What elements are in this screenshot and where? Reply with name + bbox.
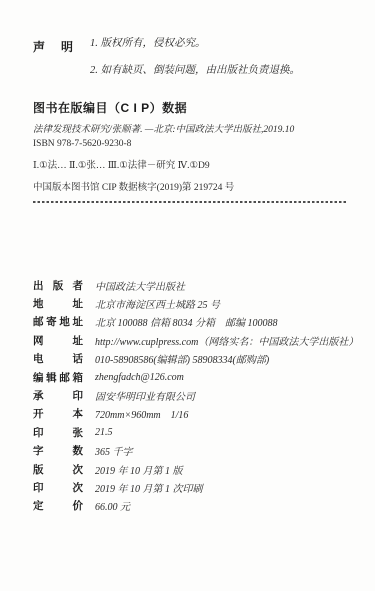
publication-info-value: 66.00 元 xyxy=(95,498,130,513)
publication-info-table: 出版者 中国政法大学出版社 地址 北京市海淀区西土城路 25 号 邮寄地址 北京… xyxy=(33,276,347,515)
publication-info-row: 电话 010-58908586(编辑部) 58908334(邮购部) xyxy=(33,350,347,368)
publication-info-label: 电话 xyxy=(33,351,83,366)
publication-info-value: 2019 年 10 月第 1 次印刷 xyxy=(95,480,203,495)
cip-body: 法律发现技术研究/张顺著. —北京:中国政法大学出版社,2019.10 ISBN… xyxy=(33,124,347,151)
dashed-divider xyxy=(33,201,347,203)
publication-info-value: 固安华明印业有限公司 xyxy=(95,388,195,403)
publication-info-row: 印次 2019 年 10 月第 1 次印刷 xyxy=(33,478,347,496)
publication-info-label: 字数 xyxy=(33,443,83,458)
publication-info-row: 版次 2019 年 10 月第 1 版 xyxy=(33,460,347,478)
publication-info-value: 2019 年 10 月第 1 版 xyxy=(95,462,183,477)
cip-classification-line: Ⅰ.①法… Ⅱ.①张… Ⅲ.①法律－研究 Ⅳ.①D9 xyxy=(33,157,347,171)
publication-info-value: 北京市海淀区西土城路 25 号 xyxy=(95,296,220,311)
publication-info-value: 21.5 xyxy=(95,427,113,438)
declaration-item: 1. 版权所有，侵权必究。 xyxy=(90,36,300,52)
publication-info-value: 010-58908586(编辑部) 58908334(邮购部) xyxy=(95,351,269,366)
publication-info-row: 定价 66.00 元 xyxy=(33,497,347,515)
publication-info-value: zhengfadch@126.com xyxy=(95,372,184,383)
publication-info-value: 中国政法大学出版社 xyxy=(95,278,185,293)
publication-info-row: 网址 http://www.cuplpress.com（网络实名：中国政法大学出… xyxy=(33,331,347,349)
publication-info-value: 365 千字 xyxy=(95,443,133,458)
declaration-list: 1. 版权所有，侵权必究。2. 如有缺页、倒装问题，由出版社负责退换。 xyxy=(90,36,300,90)
publication-info-label: 承印 xyxy=(33,388,83,403)
publication-info-value: 北京 100088 信箱 8034 分箱 邮编 100088 xyxy=(95,314,278,329)
publication-info-label: 出版者 xyxy=(33,278,83,293)
cip-title-line: 法律发现技术研究/张顺著. —北京:中国政法大学出版社,2019.10 xyxy=(33,124,347,138)
publication-info-row: 印张 21.5 xyxy=(33,423,347,441)
cip-isbn-line: ISBN 978-7-5620-9230-8 xyxy=(33,138,347,152)
publication-info-label: 地址 xyxy=(33,296,83,311)
declaration-item: 2. 如有缺页、倒装问题，由出版社负责退换。 xyxy=(90,63,300,79)
cip-record-number-line: 中国版本图书馆 CIP 数据核字(2019)第 219724 号 xyxy=(33,179,347,193)
publication-info-value: http://www.cuplpress.com（网络实名：中国政法大学出版社） xyxy=(95,333,358,348)
copyright-page: 声明 1. 版权所有，侵权必究。2. 如有缺页、倒装问题，由出版社负责退换。 图… xyxy=(0,0,375,591)
publication-info-row: 承印 固安华明印业有限公司 xyxy=(33,386,347,404)
publication-info-row: 出版者 中国政法大学出版社 xyxy=(33,276,347,294)
publication-info-value: 720mm×960mm 1/16 xyxy=(95,406,188,421)
publication-info-label: 开本 xyxy=(33,406,83,421)
publication-info-row: 邮寄地址 北京 100088 信箱 8034 分箱 邮编 100088 xyxy=(33,313,347,331)
publication-info-label: 版次 xyxy=(33,462,83,477)
publication-info-label: 网址 xyxy=(33,333,83,348)
publication-info-row: 编辑邮箱 zhengfadch@126.com xyxy=(33,368,347,386)
declaration-heading: 声明 xyxy=(33,38,73,55)
publication-info-label: 编辑邮箱 xyxy=(33,370,83,385)
publication-info-row: 地址 北京市海淀区西土城路 25 号 xyxy=(33,294,347,312)
publication-info-label: 邮寄地址 xyxy=(33,314,83,329)
cip-heading: 图书在版编目（C I P）数据 xyxy=(33,99,347,116)
publication-info-row: 字数 365 千字 xyxy=(33,442,347,460)
publication-info-row: 开本 720mm×960mm 1/16 xyxy=(33,405,347,423)
publication-info-label: 定价 xyxy=(33,498,83,513)
publication-info-label: 印张 xyxy=(33,425,83,440)
declaration-section: 声明 1. 版权所有，侵权必究。2. 如有缺页、倒装问题，由出版社负责退换。 xyxy=(33,36,347,90)
publication-info-label: 印次 xyxy=(33,480,83,495)
